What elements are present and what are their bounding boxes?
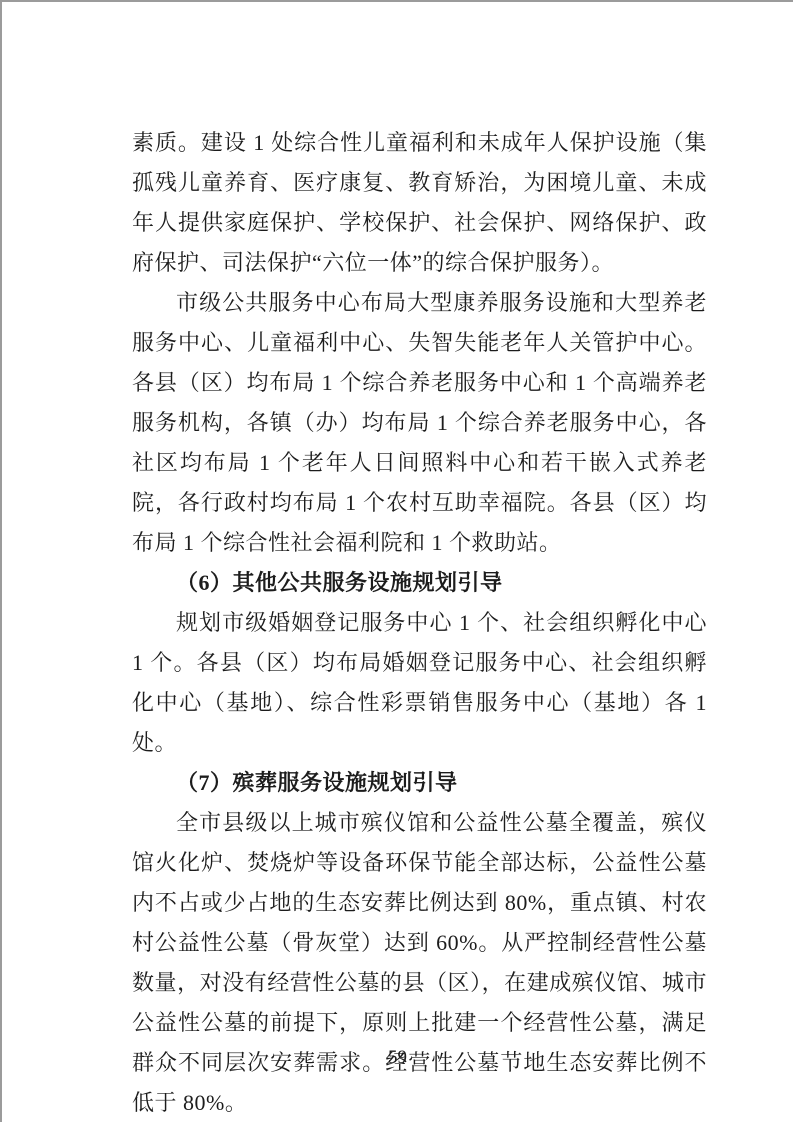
- paragraph-child-welfare-continued: 素质。建设 1 处综合性儿童福利和未成年人保护设施（集孤残儿童养育、医疗康复、教…: [132, 123, 707, 283]
- document-page: 素质。建设 1 处综合性儿童福利和未成年人保护设施（集孤残儿童养育、医疗康复、教…: [0, 0, 793, 1122]
- heading-funeral-service-facilities: （7）殡葬服务设施规划引导: [132, 763, 707, 803]
- paragraph-other-public-service-facilities: 规划市级婚姻登记服务中心 1 个、社会组织孵化中心 1 个。各县（区）均布局婚姻…: [132, 603, 707, 763]
- page-number: 59: [2, 1046, 793, 1070]
- text-block: 素质。建设 1 处综合性儿童福利和未成年人保护设施（集孤残儿童养育、医疗康复、教…: [132, 123, 707, 1122]
- paragraph-elderly-care-layout: 市级公共服务中心布局大型康养服务设施和大型养老服务中心、儿童福利中心、失智失能老…: [132, 283, 707, 563]
- heading-other-public-service-facilities: （6）其他公共服务设施规划引导: [132, 563, 707, 603]
- paragraph-funeral-service-facilities: 全市县级以上城市殡仪馆和公益性公墓全覆盖，殡仪馆火化炉、焚烧炉等设备环保节能全部…: [132, 803, 707, 1122]
